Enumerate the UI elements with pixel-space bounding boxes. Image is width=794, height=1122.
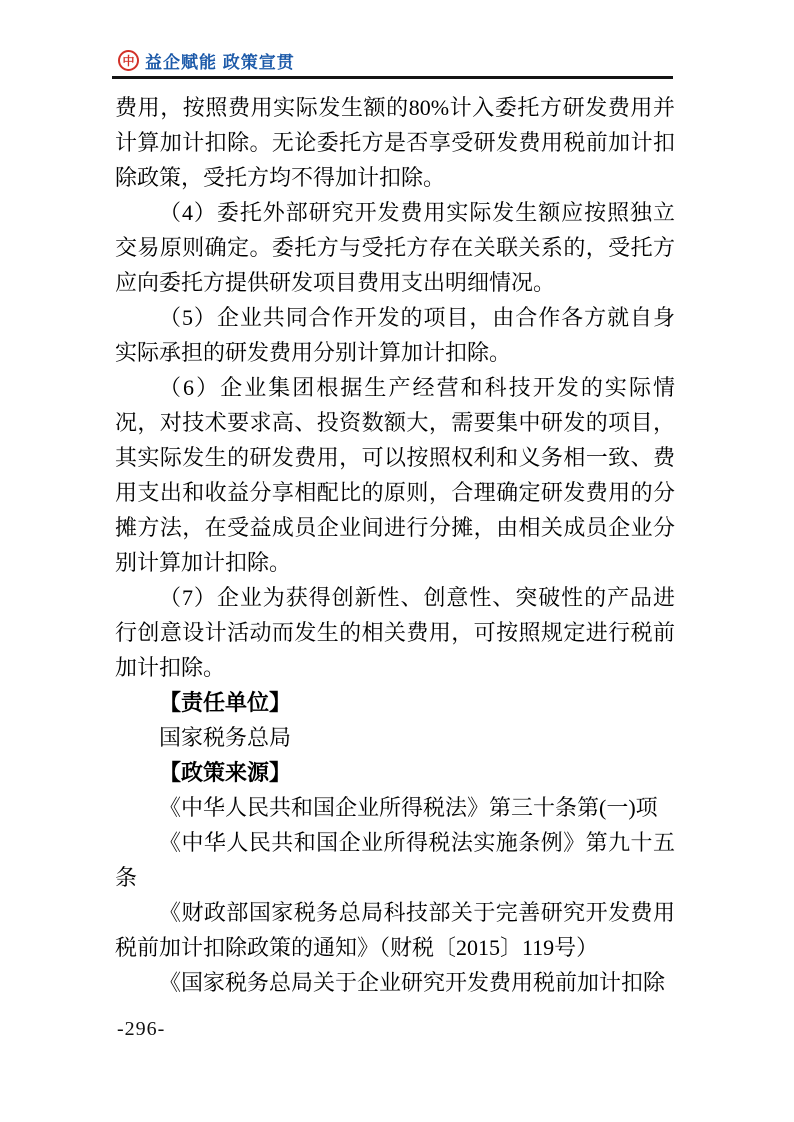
section-heading: 【政策来源】 (115, 755, 675, 790)
paragraph: 国家税务总局 (115, 720, 675, 755)
paragraph: （4）委托外部研究开发费用实际发生额应按照独立交易原则确定。委托方与受托方存在关… (115, 195, 675, 300)
brand-text: 益企赋能 政策宣贯 (145, 48, 295, 73)
paragraph: 《国家税务总局关于企业研究开发费用税前加计扣除 (115, 965, 675, 1000)
paragraph: （5）企业共同合作开发的项目，由合作各方就自身实际承担的研发费用分别计算加计扣除… (115, 300, 675, 370)
paragraph: （7）企业为获得创新性、创意性、突破性的产品进行创意设计活动而发生的相关费用，可… (115, 580, 675, 685)
paragraph: 《财政部国家税务总局科技部关于完善研究开发费用税前加计扣除政策的通知》（财税〔2… (115, 895, 675, 965)
page-number: -296- (117, 1018, 165, 1040)
paragraph: 《中华人民共和国企业所得税法实施条例》第九十五条 (115, 825, 675, 895)
paragraph: （6）企业集团根据生产经营和科技开发的实际情况，对技术要求高、投资数额大，需要集… (115, 370, 675, 580)
brand: 中 益企赋能 政策宣贯 (112, 48, 673, 76)
logo-glyph: 中 (122, 55, 134, 67)
header-divider (112, 76, 673, 79)
paragraph: 费用，按照费用实际发生额的80%计入委托方研发费用并计算加计扣除。无论委托方是否… (115, 90, 675, 195)
section-heading: 【责任单位】 (115, 685, 675, 720)
page-header: 中 益企赋能 政策宣贯 (112, 48, 673, 79)
document-body: 费用，按照费用实际发生额的80%计入委托方研发费用并计算加计扣除。无论委托方是否… (115, 90, 675, 1000)
document-page: 中 益企赋能 政策宣贯 费用，按照费用实际发生额的80%计入委托方研发费用并计算… (0, 0, 794, 1122)
page-footer: -296- (117, 1018, 165, 1041)
brand-logo-icon: 中 (118, 50, 139, 71)
paragraph: 《中华人民共和国企业所得税法》第三十条第(一)项 (115, 790, 675, 825)
